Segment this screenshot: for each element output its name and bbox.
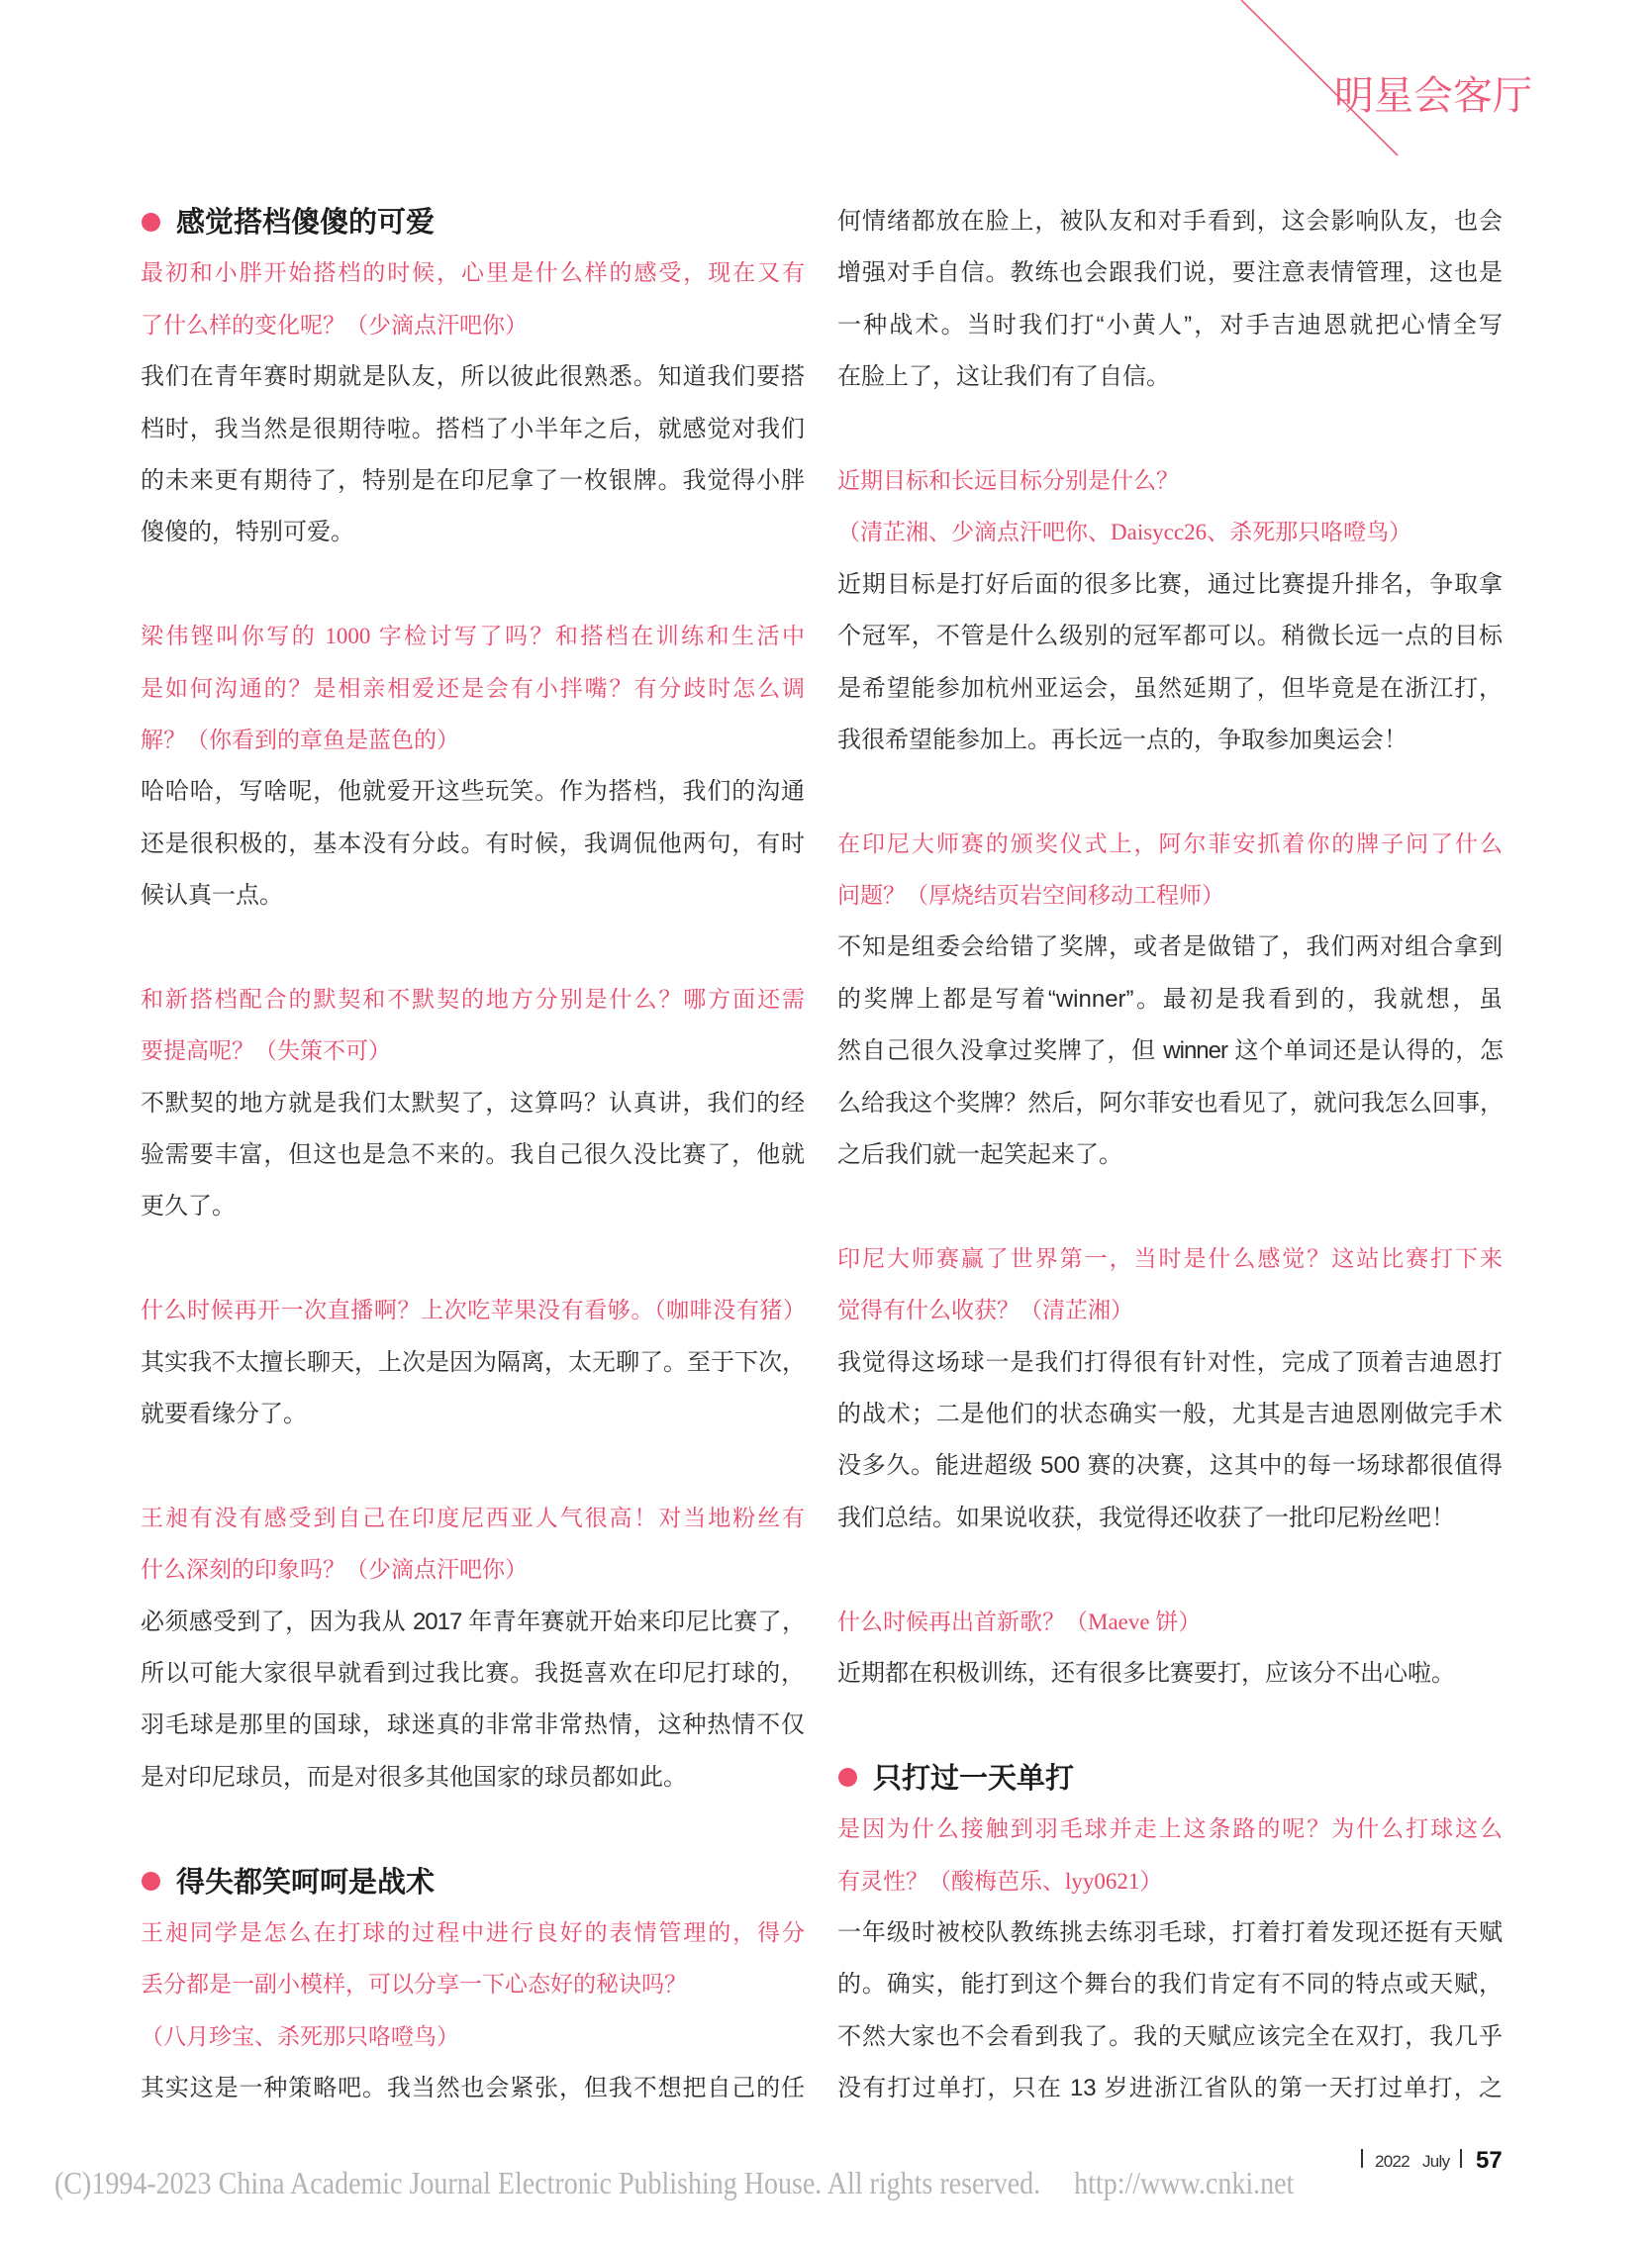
answer-line: 的奖牌上都是写着“winner”。最初是我看到的，我就想，虽: [837, 974, 1503, 1025]
section-heading: 得失都笑呵呵是战术: [141, 1856, 805, 1907]
reader-question: 是因为什么接触到羽毛球并走上这条路的呢？为什么打球这么 有灵性？（酸梅芭乐、ly…: [837, 1804, 1503, 1907]
answer-line: 就要看缘分了。: [141, 1389, 805, 1440]
question-line: 要提高呢？（失策不可）: [141, 1025, 805, 1077]
answer-line: 我很希望能参加上。再长远一点的，争取参加奥运会！: [837, 715, 1503, 766]
question-line: 丢分都是一副小模样，可以分享一下心态好的秘诀吗？: [141, 1959, 805, 2010]
question-line: （八月珍宝、杀死那只咯噔鸟）: [141, 2011, 805, 2063]
qa-item: 王昶有没有感受到自己在印度尼西亚人气很高！对当地粉丝有 什么深刻的印象吗？（少滴…: [141, 1493, 805, 1804]
paragraph-spacer: [837, 766, 1503, 818]
answer-line: 羽毛球是那里的国球，球迷真的非常非常热情，这种热情不仅: [141, 1700, 805, 1751]
answer-line: 所以可能大家很早就看到过我比赛。我挺喜欢在印尼打球的，: [141, 1648, 805, 1700]
answer-line: 必须感受到了，因为我从 2017 年青年赛就开始来印尼比赛了，: [141, 1597, 805, 1648]
section-heading-text: 只打过一天单打: [873, 1752, 1074, 1804]
section-heading-text: 得失都笑呵呵是战术: [176, 1856, 435, 1907]
answer-line: 更久了。: [141, 1181, 805, 1232]
question-line: 在印尼大师赛的颁奖仪式上，阿尔菲安抓着你的牌子问了什么: [837, 819, 1503, 870]
copyright-notice: (C)1994-2023 China Academic Journal Elec…: [54, 2167, 1294, 2202]
question-line: 问题？（厚烧结页岩空间移动工程师）: [837, 870, 1503, 922]
paragraph-spacer: [837, 1544, 1503, 1596]
answer: 我觉得这场球一是我们打得很有针对性，完成了顶着吉迪恩打 的战术；二是他们的状态确…: [837, 1337, 1503, 1545]
issue-month: July: [1422, 2153, 1449, 2170]
question-line: 什么时候再开一次直播啊？上次吃苹果没有看够。（咖啡没有猪）: [141, 1285, 805, 1336]
answer-line: 其实这是一种策略吧。我当然也会紧张，但我不想把自己的任: [141, 2063, 805, 2114]
reader-question: 近期目标和长远目标分别是什么？ （清芷湘、少滴点汗吧你、Daisycc26、杀死…: [837, 455, 1503, 559]
paragraph-spacer: [141, 559, 805, 611]
reader-question: 和新搭档配合的默契和不默契的地方分别是什么？哪方面还需 要提高呢？（失策不可）: [141, 974, 805, 1078]
qa-item: 近期目标和长远目标分别是什么？ （清芷湘、少滴点汗吧你、Daisycc26、杀死…: [837, 455, 1503, 766]
paragraph-spacer: [141, 922, 805, 973]
answer-line: 一种战术。当时我们打“小黄人”，对手吉迪恩就把心情全写: [837, 300, 1503, 351]
qa-item: 王昶同学是怎么在打球的过程中进行良好的表情管理的，得分 丢分都是一副小模样，可以…: [141, 1907, 805, 2115]
question-line: 近期目标和长远目标分别是什么？: [837, 455, 1503, 507]
answer-line: 还是很积极的，基本没有分歧。有时候，我调侃他两句，有时: [141, 819, 805, 870]
answer-line: 傻傻的，特别可爱。: [141, 507, 805, 558]
question-line: 王昶同学是怎么在打球的过程中进行良好的表情管理的，得分: [141, 1907, 805, 1959]
paragraph-spacer: [141, 1440, 805, 1492]
answer-line: 的未来更有期待了，特别是在印尼拿了一枚银牌。我觉得小胖: [141, 455, 805, 507]
reader-question: 印尼大师赛赢了世界第一，当时是什么感觉？这站比赛打下来 觉得有什么收获？（清芷湘…: [837, 1233, 1503, 1337]
question-line: 和新搭档配合的默契和不默契的地方分别是什么？哪方面还需: [141, 974, 805, 1025]
answer-line: 不默契的地方就是我们太默契了，这算吗？认真讲，我们的经: [141, 1078, 805, 1129]
question-line: 有灵性？（酸梅芭乐、lyy0621）: [837, 1856, 1503, 1907]
bullet-dot-icon: [838, 1768, 857, 1787]
question-line: 了什么样的变化呢？（少滴点汗吧你）: [141, 300, 805, 351]
answer-line: 没多久。能进超级 500 赛的决赛，这其中的每一场球都很值得: [837, 1440, 1503, 1492]
answer-line: 个冠军，不管是什么级别的冠军都可以。稍微长远一点的目标: [837, 611, 1503, 662]
reader-question: 什么时候再出首新歌？（Maeve 饼）: [837, 1597, 1503, 1648]
answer-line: 我们总结。如果说收获，我觉得还收获了一批印尼粉丝吧！: [837, 1493, 1503, 1544]
left-column: 感觉搭档傻傻的可爱 最初和小胖开始搭档的时候，心里是什么样的感受，现在又有 了什…: [141, 196, 805, 2114]
answer: 其实我不太擅长聊天，上次是因为隔离，太无聊了。至于下次， 就要看缘分了。: [141, 1337, 805, 1441]
answer-line: 档时，我当然是很期待啦。搭档了小半年之后，就感觉对我们: [141, 404, 805, 455]
bullet-dot-icon: [142, 213, 160, 232]
paragraph-spacer: [141, 1233, 805, 1285]
answer-line: 是对印尼球员，而是对很多其他国家的球员都如此。: [141, 1752, 805, 1804]
question-line: 解？（你看到的章鱼是蓝色的）: [141, 715, 805, 766]
answer-line: 么给我这个奖牌？然后，阿尔菲安也看见了，就问我怎么回事，: [837, 1078, 1503, 1129]
answer-line: 候认真一点。: [141, 870, 805, 922]
qa-item: 最初和小胖开始搭档的时候，心里是什么样的感受，现在又有 了什么样的变化呢？（少滴…: [141, 247, 805, 558]
question-line: 是如何沟通的？是相亲相爱还是会有小拌嘴？有分歧时怎么调: [141, 663, 805, 715]
answer-line: 的战术；二是他们的状态确实一般，尤其是吉迪恩刚做完手术: [837, 1389, 1503, 1440]
answer: 哈哈哈，写啥呢，他就爱开这些玩笑。作为搭档，我们的沟通 还是很积极的，基本没有分…: [141, 766, 805, 922]
reader-question: 王昶有没有感受到自己在印度尼西亚人气很高！对当地粉丝有 什么深刻的印象吗？（少滴…: [141, 1493, 805, 1597]
answer-continued: 何情绪都放在脸上，被队友和对手看到，这会影响队友，也会 增强对手自信。教练也会跟…: [837, 196, 1503, 404]
paragraph-spacer: [837, 1181, 1503, 1232]
question-line: 是因为什么接触到羽毛球并走上这条路的呢？为什么打球这么: [837, 1804, 1503, 1855]
cnki-url: http://www.cnki.net: [1074, 2167, 1294, 2201]
answer: 不知是组委会给错了奖牌，或者是做错了，我们两对组合拿到 的奖牌上都是写着“win…: [837, 922, 1503, 1181]
paragraph-spacer: [837, 1700, 1503, 1751]
qa-item: 印尼大师赛赢了世界第一，当时是什么感觉？这站比赛打下来 觉得有什么收获？（清芷湘…: [837, 1233, 1503, 1544]
answer-line: 其实我不太擅长聊天，上次是因为隔离，太无聊了。至于下次，: [141, 1337, 805, 1389]
qa-item: 是因为什么接触到羽毛球并走上这条路的呢？为什么打球这么 有灵性？（酸梅芭乐、ly…: [837, 1804, 1503, 2114]
right-column: 何情绪都放在脸上，被队友和对手看到，这会影响队友，也会 增强对手自信。教练也会跟…: [837, 196, 1503, 2114]
answer-line: 增强对手自信。教练也会跟我们说，要注意表情管理，这也是: [837, 247, 1503, 299]
answer-line: 是希望能参加杭州亚运会，虽然延期了，但毕竟是在浙江打，: [837, 663, 1503, 715]
answer: 不默契的地方就是我们太默契了，这算吗？认真讲，我们的经 验需要丰富，但这也是急不…: [141, 1078, 805, 1233]
question-line: 什么时候再出首新歌？（Maeve 饼）: [837, 1597, 1503, 1648]
answer-line: 一年级时被校队教练挑去练羽毛球，打着打着发现还挺有天赋: [837, 1907, 1503, 1959]
question-line: 梁伟铿叫你写的 1000 字检讨写了吗？和搭档在训练和生活中: [141, 611, 805, 662]
answer-line: 何情绪都放在脸上，被队友和对手看到，这会影响队友，也会: [837, 196, 1503, 247]
answer-line: 没有打过单打，只在 13 岁进浙江省队的第一天打过单打，之: [837, 2063, 1503, 2114]
qa-item: 和新搭档配合的默契和不默契的地方分别是什么？哪方面还需 要提高呢？（失策不可） …: [141, 974, 805, 1233]
qa-item: 梁伟铿叫你写的 1000 字检讨写了吗？和搭档在训练和生活中 是如何沟通的？是相…: [141, 611, 805, 922]
answer-line: 我们在青年赛时期就是队友，所以彼此很熟悉。知道我们要搭: [141, 351, 805, 403]
answer: 一年级时被校队教练挑去练羽毛球，打着打着发现还挺有天赋 的。确实，能打到这个舞台…: [837, 1907, 1503, 2115]
reader-question: 梁伟铿叫你写的 1000 字检讨写了吗？和搭档在训练和生活中 是如何沟通的？是相…: [141, 611, 805, 766]
reader-question: 王昶同学是怎么在打球的过程中进行良好的表情管理的，得分 丢分都是一副小模样，可以…: [141, 1907, 805, 2063]
reader-question: 什么时候再开一次直播啊？上次吃苹果没有看够。（咖啡没有猪）: [141, 1285, 805, 1336]
bullet-dot-icon: [142, 1872, 160, 1891]
question-line: 最初和小胖开始搭档的时候，心里是什么样的感受，现在又有: [141, 247, 805, 299]
answer: 必须感受到了，因为我从 2017 年青年赛就开始来印尼比赛了， 所以可能大家很早…: [141, 1597, 805, 1805]
answer-line: 我觉得这场球一是我们打得很有针对性，完成了顶着吉迪恩打: [837, 1337, 1503, 1389]
separator-bar: [1361, 2149, 1363, 2168]
answer: 近期目标是打好后面的很多比赛，通过比赛提升排名，争取拿 个冠军，不管是什么级别的…: [837, 559, 1503, 767]
paragraph-spacer: [837, 404, 1503, 455]
answer-line: 不知是组委会给错了奖牌，或者是做错了，我们两对组合拿到: [837, 922, 1503, 973]
question-line: （清芷湘、少滴点汗吧你、Daisycc26、杀死那只咯噔鸟）: [837, 507, 1503, 558]
question-line: 印尼大师赛赢了世界第一，当时是什么感觉？这站比赛打下来: [837, 1233, 1503, 1285]
section-heading-text: 感觉搭档傻傻的可爱: [176, 196, 435, 247]
section-heading: 感觉搭档傻傻的可爱: [141, 196, 805, 247]
answer-line: 验需要丰富，但这也是急不来的。我自己很久没比赛了，他就: [141, 1129, 805, 1181]
qa-item: 在印尼大师赛的颁奖仪式上，阿尔菲安抓着你的牌子问了什么 问题？（厚烧结页岩空间移…: [837, 819, 1503, 1182]
copyright-text: (C)1994-2023 China Academic Journal Elec…: [54, 2167, 1040, 2201]
answer-line: 之后我们就一起笑起来了。: [837, 1129, 1503, 1181]
answer-line: 的。确实，能打到这个舞台的我们肯定有不同的特点或天赋，: [837, 1959, 1503, 2010]
answer-line: 哈哈哈，写啥呢，他就爱开这些玩笑。作为搭档，我们的沟通: [141, 766, 805, 818]
paragraph-spacer: [141, 1804, 805, 1855]
answer: 我们在青年赛时期就是队友，所以彼此很熟悉。知道我们要搭 档时，我当然是很期待啦。…: [141, 351, 805, 559]
qa-item: 什么时候再开一次直播啊？上次吃苹果没有看够。（咖啡没有猪） 其实我不太擅长聊天，…: [141, 1285, 805, 1440]
column-title: 明星会客厅: [1334, 73, 1532, 119]
answer-line: 近期都在积极训练，还有很多比赛要打，应该分不出心啦。: [837, 1648, 1503, 1700]
answer-line: 在脸上了，这让我们有了自信。: [837, 351, 1503, 403]
reader-question: 最初和小胖开始搭档的时候，心里是什么样的感受，现在又有 了什么样的变化呢？（少滴…: [141, 247, 805, 351]
answer-line: 然自己很久没拿过奖牌了，但 winner 这个单词还是认得的，怎: [837, 1025, 1503, 1077]
answer-line: 近期目标是打好后面的很多比赛，通过比赛提升排名，争取拿: [837, 559, 1503, 611]
qa-item: 什么时候再出首新歌？（Maeve 饼） 近期都在积极训练，还有很多比赛要打，应该…: [837, 1597, 1503, 1701]
answer: 其实这是一种策略吧。我当然也会紧张，但我不想把自己的任: [141, 2063, 805, 2114]
separator-bar: [1460, 2149, 1462, 2168]
section-heading: 只打过一天单打: [837, 1752, 1503, 1804]
answer: 近期都在积极训练，还有很多比赛要打，应该分不出心啦。: [837, 1648, 1503, 1700]
page-number: 57: [1476, 2149, 1503, 2173]
question-line: 王昶有没有感受到自己在印度尼西亚人气很高！对当地粉丝有: [141, 1493, 805, 1544]
answer-line: 不然大家也不会看到我了。我的天赋应该完全在双打，我几乎: [837, 2011, 1503, 2063]
question-line: 觉得有什么收获？（清芷湘）: [837, 1285, 1503, 1336]
issue-year: 2022: [1375, 2153, 1409, 2170]
question-line: 什么深刻的印象吗？（少滴点汗吧你）: [141, 1544, 805, 1596]
reader-question: 在印尼大师赛的颁奖仪式上，阿尔菲安抓着你的牌子问了什么 问题？（厚烧结页岩空间移…: [837, 819, 1503, 923]
